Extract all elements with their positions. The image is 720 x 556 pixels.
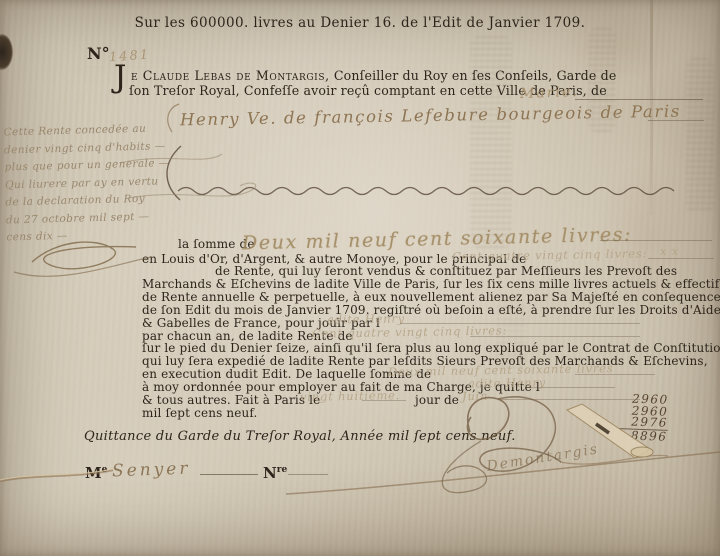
- signature-flourish: [442, 441, 486, 493]
- bracket-flourish: [167, 146, 181, 200]
- ink-and-thread-overlay: [0, 0, 720, 556]
- wavy-cancellation-line: [178, 188, 674, 195]
- thread-knot: [631, 447, 653, 457]
- margin-swash: [128, 183, 256, 198]
- signature-flourish: [480, 397, 561, 471]
- signature-flourish: [467, 398, 508, 440]
- margin-swash: [120, 154, 222, 163]
- payee-lead-flourish: [168, 104, 179, 132]
- document-scan: Sur les 600000. livres au Denier 16. de …: [0, 0, 720, 556]
- thread-right: [286, 452, 720, 494]
